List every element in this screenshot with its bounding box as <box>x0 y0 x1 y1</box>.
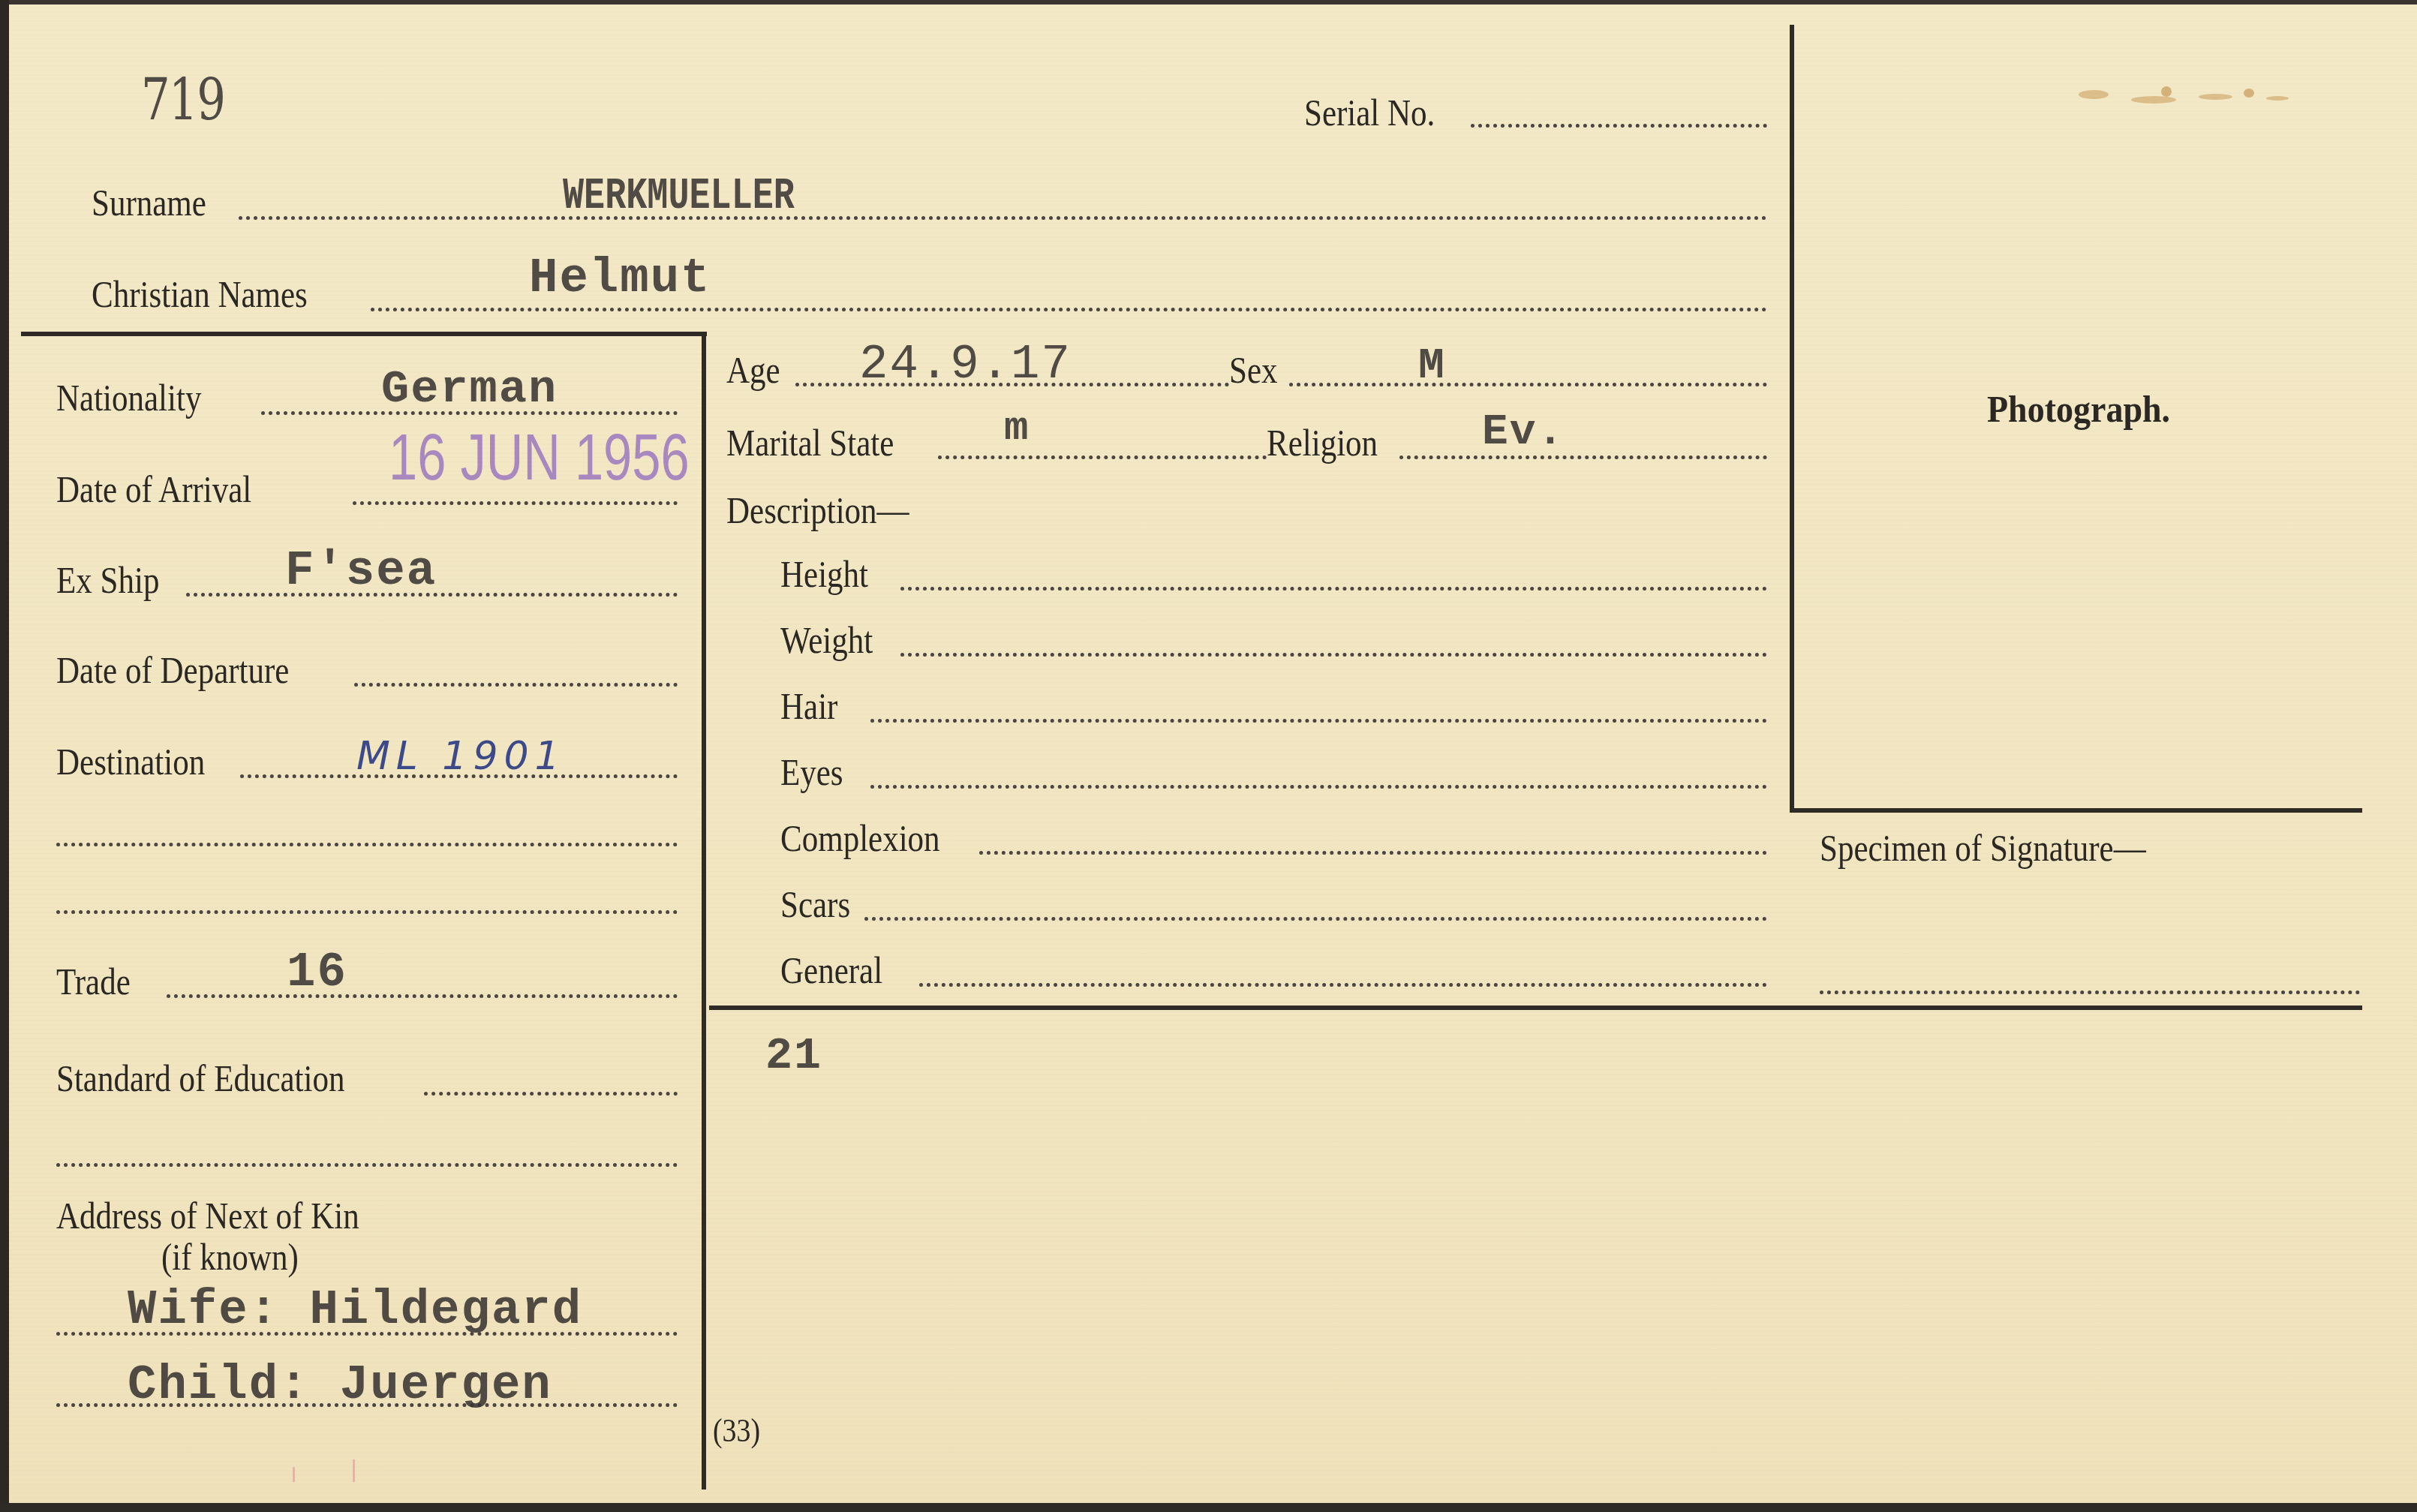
standard-of-education-field <box>424 1092 678 1096</box>
general-label: General <box>780 951 882 989</box>
christian-names-label: Christian Names <box>92 275 308 313</box>
date-of-departure-field <box>354 683 678 687</box>
signature-label: Specimen of Signature— <box>1820 829 2146 867</box>
immigration-record-card: 719 Serial No. Surname WERKMUELLER Chris… <box>0 0 2417 1512</box>
blank-line <box>56 1163 678 1167</box>
age-label: Age <box>726 351 780 389</box>
weight-label: Weight <box>780 621 873 659</box>
middle-divider <box>702 334 706 1489</box>
photograph-frame-bottom <box>1790 808 2362 813</box>
stain-mark <box>2131 96 2176 104</box>
ex-ship-label: Ex Ship <box>56 561 159 599</box>
serial-no-field <box>1471 124 1767 128</box>
sex-value: M <box>1418 345 1446 389</box>
surname-field <box>239 216 1767 220</box>
stain-mark <box>2161 86 2172 97</box>
stain-mark <box>2079 90 2109 99</box>
surname-value: WERKMUELLER <box>563 174 795 219</box>
trade-field <box>167 994 678 998</box>
date-of-arrival-label: Date of Arrival <box>56 470 251 508</box>
trade-label: Trade <box>56 963 131 1000</box>
age-value: 24.9.17 <box>859 341 1072 389</box>
eyes-field <box>870 785 1767 789</box>
complexion-label: Complexion <box>780 819 940 857</box>
photograph-label: Photograph. <box>1987 390 2170 428</box>
general-field <box>919 983 1767 987</box>
photograph-frame-left <box>1790 25 1794 813</box>
note-value: 21 <box>765 1034 822 1079</box>
nationality-label: Nationality <box>56 379 201 416</box>
religion-field <box>1399 455 1767 459</box>
complexion-field <box>979 851 1767 855</box>
surname-label: Surname <box>92 184 206 221</box>
blank-line <box>56 843 678 846</box>
eyes-label: Eyes <box>780 753 843 791</box>
ex-ship-value: F'sea <box>285 548 437 596</box>
left-section-top-rule <box>21 332 707 336</box>
marital-state-field <box>938 455 1267 459</box>
form-code: (33) <box>713 1414 760 1447</box>
stain-mark <box>2244 89 2254 98</box>
description-label: Description— <box>726 491 909 529</box>
serial-no-label: Serial No. <box>1304 94 1435 131</box>
stain-mark <box>2199 94 2232 100</box>
blank-line <box>56 910 678 914</box>
marital-state-value: m <box>1004 409 1030 449</box>
hair-field <box>870 719 1767 723</box>
standard-of-education-label: Standard of Education <box>56 1060 345 1097</box>
red-mark <box>353 1459 355 1482</box>
date-of-arrival-field <box>353 501 678 505</box>
scars-label: Scars <box>780 885 850 923</box>
next-of-kin-sublabel: (if known) <box>161 1238 299 1276</box>
date-of-departure-label: Date of Departure <box>56 651 289 689</box>
religion-value: Ev. <box>1482 411 1565 455</box>
sex-field <box>1289 383 1767 386</box>
description-bottom-rule <box>709 1005 2362 1010</box>
height-label: Height <box>780 555 868 593</box>
next-of-kin-child: Child: Juergen <box>128 1362 552 1410</box>
nationality-value: German <box>381 366 558 413</box>
next-of-kin-wife: Wife: Hildegard <box>128 1287 582 1335</box>
height-field <box>900 587 1767 591</box>
weight-field <box>900 653 1767 657</box>
hair-label: Hair <box>780 687 837 725</box>
destination-value: ML 1901 <box>356 737 566 776</box>
trade-value: 16 <box>287 949 347 997</box>
religion-label: Religion <box>1267 424 1378 461</box>
arrival-date-stamp: 16 JUN 1956 <box>389 424 690 490</box>
scars-field <box>864 917 1767 921</box>
christian-names-value: Helmut <box>529 255 711 303</box>
destination-label: Destination <box>56 743 205 780</box>
red-mark <box>293 1467 295 1482</box>
card-top-edge <box>0 0 2417 5</box>
card-bottom-edge <box>0 1503 2417 1512</box>
stain-mark <box>2266 96 2289 101</box>
sex-label: Sex <box>1229 351 1278 389</box>
next-of-kin-label: Address of Next of Kin <box>56 1197 359 1234</box>
card-left-edge <box>0 0 9 1512</box>
card-number: 719 <box>141 71 224 128</box>
christian-names-field <box>371 308 1767 311</box>
signature-field[interactable] <box>1820 990 2360 994</box>
marital-state-label: Marital State <box>726 424 894 461</box>
